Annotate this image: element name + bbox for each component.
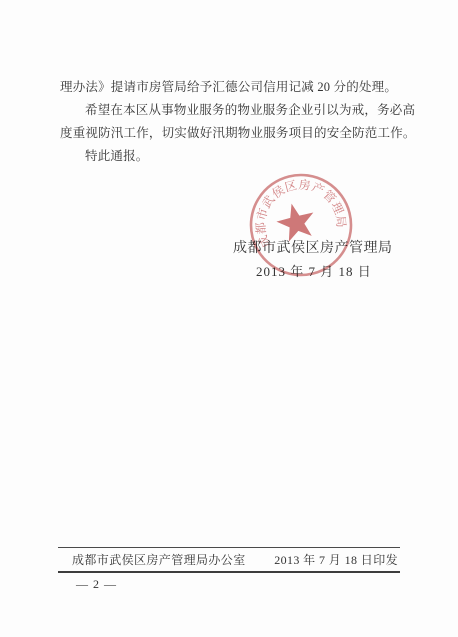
footer-rule-bottom — [58, 571, 400, 573]
footer-print-date: 2013 年 7 月 18 日印发 — [274, 550, 398, 570]
footer-rule-top — [58, 547, 400, 548]
body-line: 度重视防汛工作，切实做好汛期物业服务项目的安全防范工作。 — [60, 122, 405, 145]
body-line: 特此通报。 — [60, 145, 405, 168]
signature-org: 成都市武侯区房产管理局 — [233, 237, 393, 257]
footer-issuer: 成都市武侯区房产管理局办公室 — [72, 550, 246, 570]
footer-row: 成都市武侯区房产管理局办公室 2013 年 7 月 18 日印发 — [58, 550, 400, 570]
document-page: 理办法》提请市房管局给予汇德公司信用记减 20 分的处理。 希望在本区从事物业服… — [0, 0, 458, 637]
document-body: 理办法》提请市房管局给予汇德公司信用记减 20 分的处理。 希望在本区从事物业服… — [60, 76, 405, 168]
body-line: 理办法》提请市房管局给予汇德公司信用记减 20 分的处理。 — [60, 76, 405, 99]
body-line: 希望在本区从事物业服务的物业服务企业引以为戒，务必高 — [60, 99, 405, 122]
signature-date: 2013 年 7 月 18 日 — [256, 261, 372, 280]
page-number: — 2 — — [76, 577, 117, 592]
